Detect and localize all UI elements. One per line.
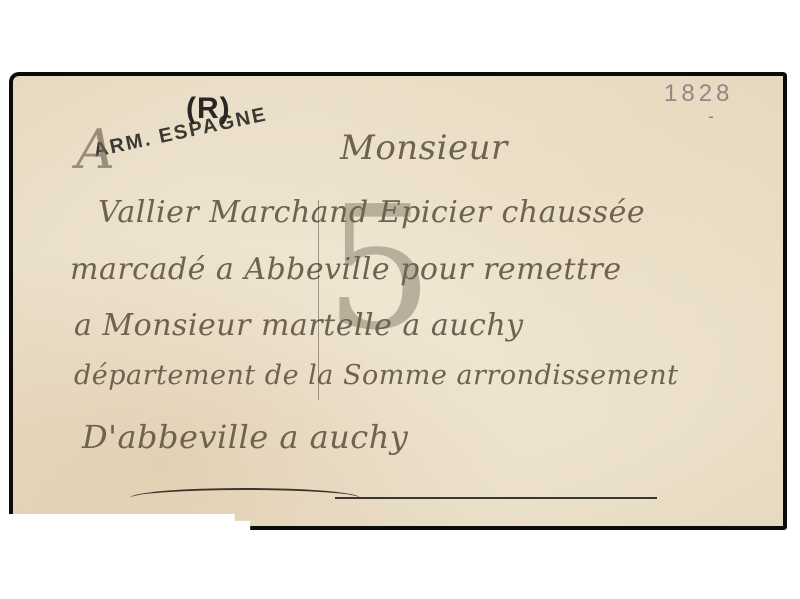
address-line-2: Vallier Marchand Epicier chaussée [98,195,645,230]
bottom-underline-stroke [335,497,657,499]
left-flourish-initial: A [76,118,116,181]
address-line-6: D'abbeville a auchy [82,418,408,456]
pencil-underline: - [708,106,714,127]
address-line-5: département de la Somme arrondissement [74,360,678,391]
address-line-1: Monsieur [340,128,508,168]
pencil-year-note: 1828 [664,80,733,108]
bottom-flourish-stroke [130,488,360,508]
address-line-3: marcadé a Abbeville pour remettre [70,252,622,287]
vertical-fold-line [318,200,319,400]
address-line-4: a Monsieur martelle a auchy [74,308,524,343]
image-stage: (R) ARM. ESPAGNE 1828 - A 5 Monsieur Val… [0,0,800,599]
